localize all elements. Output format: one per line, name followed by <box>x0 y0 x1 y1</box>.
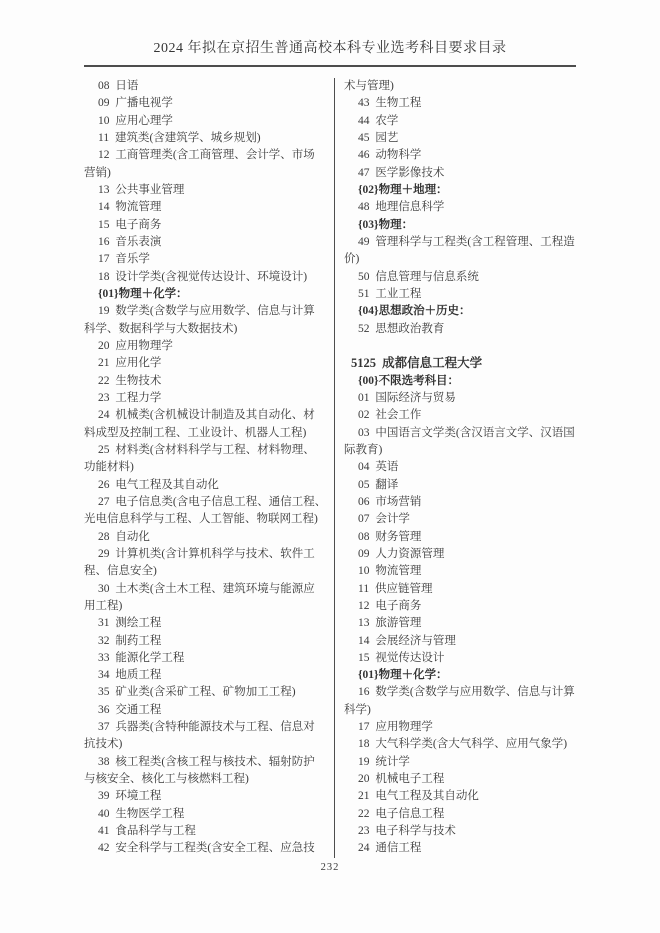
major-line: 20 应用物理学 <box>84 338 330 355</box>
major-line: 38 核工程类(含核工程与核技术、辐射防护 <box>84 754 330 771</box>
major-line: 37 兵器类(含特种能源技术与工程、信息对 <box>84 719 330 736</box>
subject-requirement-heading: {04}思想政治＋历史： <box>344 303 590 320</box>
major-line: 41 食品科学与工程 <box>84 823 330 840</box>
page-number: 232 <box>0 862 660 873</box>
major-line: 49 管理科学与工程类(含工程管理、工程造 <box>344 234 590 251</box>
major-line: 18 设计学类(含视觉传达设计、环境设计) <box>84 269 330 286</box>
major-line: 19 数学类(含数学与应用数学、信息与计算 <box>84 303 330 320</box>
major-line: 09 广播电视学 <box>84 95 330 112</box>
major-line: 23 工程力学 <box>84 390 330 407</box>
major-line: 16 音乐表演 <box>84 234 330 251</box>
major-line: 52 思想政治教育 <box>344 321 590 338</box>
major-line: 22 生物技术 <box>84 373 330 390</box>
major-line: 43 生物工程 <box>344 95 590 112</box>
major-line-continuation: 际教育) <box>344 442 590 459</box>
major-line: 23 电子科学与技术 <box>344 823 590 840</box>
left-column: 08 日语09 广播电视学10 应用心理学11 建筑类(含建筑学、城乡规划)12… <box>84 78 330 858</box>
major-line: 17 音乐学 <box>84 251 330 268</box>
subject-requirement-heading: {03}物理： <box>344 217 590 234</box>
major-line: 46 动物科学 <box>344 147 590 164</box>
major-line: 02 社会工作 <box>344 407 590 424</box>
major-line: 19 统计学 <box>344 754 590 771</box>
major-line-continuation: 用工程) <box>84 598 330 615</box>
major-line: 06 市场营销 <box>344 494 590 511</box>
major-line-continuation: 程、信息安全) <box>84 563 330 580</box>
major-line-continuation: 光电信息科学与工程、人工智能、物联网工程) <box>84 511 330 528</box>
major-line: 13 旅游管理 <box>344 615 590 632</box>
major-line: 14 物流管理 <box>84 199 330 216</box>
major-line: 08 财务管理 <box>344 529 590 546</box>
major-line: 47 医学影像技术 <box>344 165 590 182</box>
major-line-continuation: 抗技术) <box>84 736 330 753</box>
major-line-continuation: 科学、数据科学与大数据技术) <box>84 321 330 338</box>
major-line: 08 日语 <box>84 78 330 95</box>
major-line: 31 测绘工程 <box>84 615 330 632</box>
major-line: 44 农学 <box>344 113 590 130</box>
major-line: 24 机械类(含机械设计制造及其自动化、材 <box>84 407 330 424</box>
major-line: 34 地质工程 <box>84 667 330 684</box>
major-line: 42 安全科学与工程类(含安全工程、应急技 <box>84 840 330 857</box>
major-line: 39 环境工程 <box>84 788 330 805</box>
major-line: 35 矿业类(含采矿工程、矿物加工工程) <box>84 684 330 701</box>
major-line: 48 地理信息科学 <box>344 199 590 216</box>
major-line: 29 计算机类(含计算机科学与技术、软件工 <box>84 546 330 563</box>
major-line: 28 自动化 <box>84 529 330 546</box>
major-line: 50 信息管理与信息系统 <box>344 269 590 286</box>
major-line: 14 会展经济与管理 <box>344 633 590 650</box>
major-line-continuation: 价) <box>344 251 590 268</box>
major-line: 16 数学类(含数学与应用数学、信息与计算 <box>344 684 590 701</box>
major-line: 11 建筑类(含建筑学、城乡规划) <box>84 130 330 147</box>
major-line: 45 园艺 <box>344 130 590 147</box>
two-column-body: 08 日语09 广播电视学10 应用心理学11 建筑类(含建筑学、城乡规划)12… <box>84 78 590 858</box>
major-line: 09 人力资源管理 <box>344 546 590 563</box>
major-line: 21 电气工程及其自动化 <box>344 788 590 805</box>
major-line: 10 物流管理 <box>344 563 590 580</box>
major-line: 18 大气科学类(含大气科学、应用气象学) <box>344 736 590 753</box>
right-column: 术与管理)43 生物工程44 农学45 园艺46 动物科学47 医学影像技术{0… <box>344 78 590 858</box>
major-line: 15 电子商务 <box>84 217 330 234</box>
major-line: 13 公共事业管理 <box>84 182 330 199</box>
major-line: 04 英语 <box>344 459 590 476</box>
major-line: 15 视觉传达设计 <box>344 650 590 667</box>
major-line: 22 电子信息工程 <box>344 806 590 823</box>
major-line: 27 电子信息类(含电子信息工程、通信工程、 <box>84 494 330 511</box>
major-line: 17 应用物理学 <box>344 719 590 736</box>
major-line: 12 电子商务 <box>344 598 590 615</box>
column-divider <box>334 78 335 858</box>
major-line: 51 工业工程 <box>344 286 590 303</box>
major-line: 20 机械电子工程 <box>344 771 590 788</box>
major-line: 25 材料类(含材料科学与工程、材料物理、 <box>84 442 330 459</box>
major-line: 03 中国语言文学类(含汉语言文学、汉语国 <box>344 425 590 442</box>
major-line-continuation: 科学) <box>344 702 590 719</box>
title-underline <box>84 65 576 67</box>
subject-requirement-heading: {00}不限选考科目： <box>344 373 590 390</box>
major-line-continuation: 术与管理) <box>344 78 590 95</box>
major-line-continuation: 料成型及控制工程、工业设计、机器人工程) <box>84 425 330 442</box>
major-line: 11 供应链管理 <box>344 581 590 598</box>
page-title: 2024 年拟在京招生普通高校本科专业选考科目要求目录 <box>0 40 660 58</box>
major-line: 26 电气工程及其自动化 <box>84 477 330 494</box>
subject-requirement-heading: {02}物理＋地理： <box>344 182 590 199</box>
major-line: 33 能源化学工程 <box>84 650 330 667</box>
subject-requirement-heading: {01}物理＋化学： <box>84 286 330 303</box>
major-line-continuation: 营销) <box>84 165 330 182</box>
major-line: 01 国际经济与贸易 <box>344 390 590 407</box>
major-line: 05 翻译 <box>344 477 590 494</box>
major-line: 12 工商管理类(含工商管理、会计学、市场 <box>84 147 330 164</box>
major-line: 36 交通工程 <box>84 702 330 719</box>
major-line-continuation: 与核安全、核化工与核燃料工程) <box>84 771 330 788</box>
major-line: 40 生物医学工程 <box>84 806 330 823</box>
university-heading: 5125 成都信息工程大学 <box>344 355 590 372</box>
major-line: 07 会计学 <box>344 511 590 528</box>
major-line: 30 土木类(含土木工程、建筑环境与能源应 <box>84 581 330 598</box>
major-line-continuation: 功能材料) <box>84 459 330 476</box>
major-line: 24 通信工程 <box>344 840 590 857</box>
document-page: 2024 年拟在京招生普通高校本科专业选考科目要求目录 08 日语09 广播电视… <box>0 0 660 933</box>
major-line: 10 应用心理学 <box>84 113 330 130</box>
subject-requirement-heading: {01}物理＋化学： <box>344 667 590 684</box>
major-line: 21 应用化学 <box>84 355 330 372</box>
major-line: 32 制药工程 <box>84 633 330 650</box>
